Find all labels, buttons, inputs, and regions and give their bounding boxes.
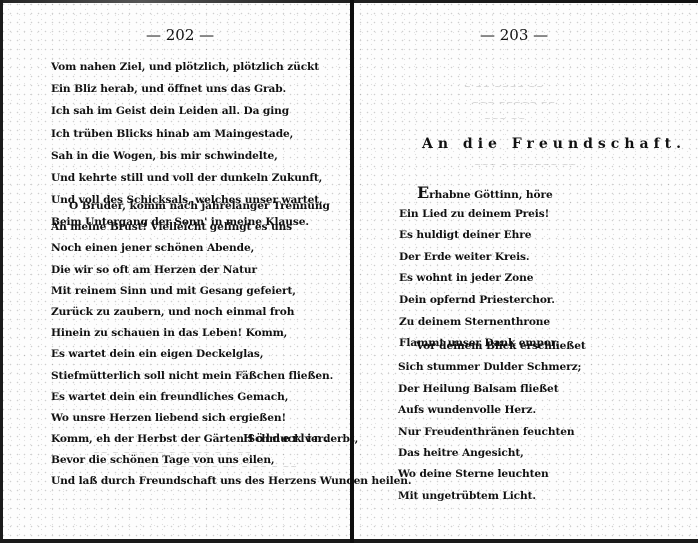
verse-line: Ein Bliz herab, und öffnet uns das Grab. <box>51 78 323 100</box>
verse-line: Ein Lied zu deinem Preis! <box>399 204 559 226</box>
page-number-203: — 203 — <box>480 26 548 44</box>
right-page: — 203 — ~ ~~ ~~~~ ~~ ~~~ ~~~~~ ~~ ~~~ ~~… <box>354 0 698 543</box>
author-signature: Hölderlin. <box>243 432 331 445</box>
show-through-text: ~ ~~ ~~~~ ~~ <box>464 82 544 91</box>
verse-line: Sich stummer Dulder Schmerz; <box>398 357 586 378</box>
verse-line: Vom nahen Ziel, und plötzlich, plötzlich… <box>51 56 323 78</box>
show-through-text: ~~ ~ ~~~ ~~ ~ ~~~~ ~ ~ ~~ <box>93 448 252 457</box>
book-gutter-divider <box>350 0 354 543</box>
verse-line: Wo deine Sterne leuchten <box>398 464 586 485</box>
show-through-text: ~~~~ ~~~~~~ ~~ ~ ~~ ~ ~~ <box>138 462 298 471</box>
verse-line: Dein opfernd Priesterchor. <box>399 290 559 312</box>
scan-top-edge <box>0 0 698 3</box>
scan-left-edge <box>0 0 3 543</box>
verse-line: Ich sah im Geist dein Leiden all. Da gin… <box>51 100 323 122</box>
verse-line: Es wohnt in jeder Zone <box>399 268 559 290</box>
verse-line: Der Heilung Balsam fließet <box>398 379 586 400</box>
poem-stanza-1: Erhabne Göttinn, höre Ein Lied zu deinem… <box>399 182 559 355</box>
verse-line: Mit ungetrübtem Licht. <box>398 486 586 507</box>
verse-line: Aufs wundenvolle Herz. <box>398 400 586 421</box>
verse-line: Erhabne Göttinn, höre <box>399 182 559 204</box>
scan-bottom-edge <box>0 539 698 543</box>
verse-line: Es huldigt deiner Ehre <box>399 225 559 247</box>
page-number-202: — 202 — <box>146 26 214 44</box>
verse-line: Und kehrte still und voll der dunkeln Zu… <box>51 167 323 189</box>
verse-line: Das heitre Angesicht, <box>398 443 586 464</box>
verse-line: Vor deinem Blick erschließet <box>398 336 586 357</box>
poem-title: An die Freundschaft. <box>422 136 686 152</box>
verse-line: Ich trüben Blicks hinab am Maingestade, <box>51 123 323 145</box>
show-through-text: ~~~ ~~~~~ ~~ <box>472 98 556 107</box>
poem-stanza-2: Vor deinem Blick erschließet Sich stumme… <box>398 336 586 507</box>
verse-line: Zu deinem Sternenthrone <box>399 312 559 334</box>
verse-line: Der Erde weiter Kreis. <box>399 247 559 269</box>
left-page: — 202 — Vom nahen Ziel, und plötzlich, p… <box>3 0 350 543</box>
show-through-text: ~~~ ~ ~~~~~~ ~~ <box>474 160 577 169</box>
verse-line: Nur Freudenthränen feuchten <box>398 422 586 443</box>
verse-line: Sah in die Wogen, bis mir schwindelte, <box>51 145 323 167</box>
show-through-text: ~~~ ~~ <box>484 114 526 123</box>
